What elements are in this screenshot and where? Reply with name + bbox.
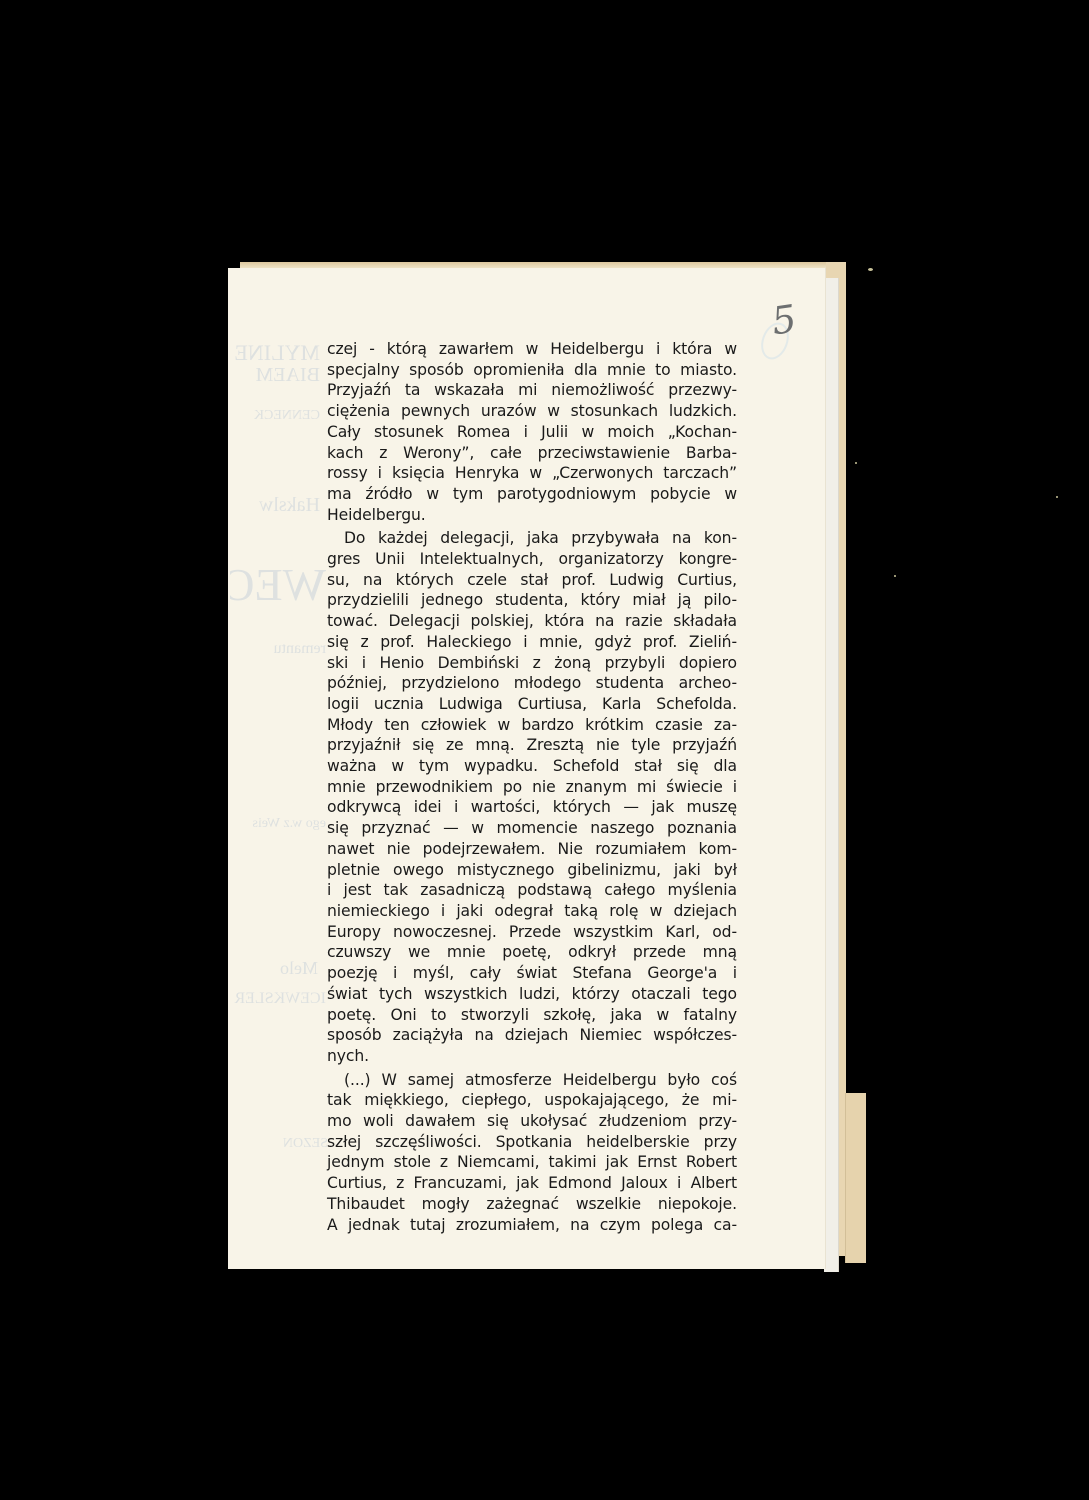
text-line: Cały stosunek Romea i Julii w moich „Koc…	[327, 422, 737, 443]
dust-speck	[894, 575, 896, 577]
text-line: Przyjaźń ta wskazała mi niemożliwość prz…	[327, 380, 737, 401]
show-through-text: ego w.z Weis	[230, 816, 326, 832]
show-through-text: Hakslw	[230, 494, 320, 517]
text-line: tak miękkiego, ciepłego, uspokajającego,…	[327, 1090, 737, 1111]
show-through-text: WEOW	[230, 558, 326, 611]
text-line: czej - którą zawarłem w Heidelbergu i kt…	[327, 339, 737, 360]
text-line: szłej szczęśliwości. Spotkania heidelber…	[327, 1132, 737, 1153]
dust-speck	[1056, 496, 1058, 498]
text-line: mnie przewodnikiem po nie znanym mi świe…	[327, 777, 737, 798]
show-through-text: MYLINE	[230, 340, 320, 366]
text-line: ciężenia pewnych urazów w stosunkach lud…	[327, 401, 737, 422]
text-line: Heidelbergu.	[327, 505, 737, 526]
text-line: się przyznać — w momencie naszego poznan…	[327, 818, 737, 839]
text-line: później, przydzielono młodego studenta a…	[327, 673, 737, 694]
paragraph-1: czej - którą zawarłem w Heidelbergu i kt…	[327, 339, 737, 525]
show-through-text: BIAEM	[230, 364, 320, 387]
text-line: ma źródło w tym parotygodniowym pobycie …	[327, 484, 737, 505]
text-line: Młody ten człowiek w bardzo krótkim czas…	[327, 715, 737, 736]
text-line: (...) W samej atmosferze Heidelbergu był…	[327, 1070, 737, 1091]
show-through-text: SEZON	[258, 1136, 328, 1152]
text-line: pletnie owego mistycznego gibelinizmu, j…	[327, 860, 737, 881]
text-line: nawet nie podejrzewałem. Nie rozumiałem …	[327, 839, 737, 860]
text-line: odkrywcą idei i wartości, których — jak …	[327, 797, 737, 818]
dust-speck	[855, 462, 857, 464]
show-through-text: remantu	[230, 640, 326, 658]
text-line: świat tych wszystkich ludzi, którzy otac…	[327, 984, 737, 1005]
text-line: nych.	[327, 1046, 737, 1067]
tan-paper-slip	[845, 1093, 866, 1263]
text-line: su, na których czele stał prof. Ludwig C…	[327, 570, 737, 591]
text-line: A jednak tutaj zrozumiałem, na czym pole…	[327, 1215, 737, 1236]
text-line: Curtius, z Francuzami, jak Edmond Jaloux…	[327, 1173, 737, 1194]
text-line: ski i Henio Dembiński z żoną przybyli do…	[327, 653, 737, 674]
text-line: mo woli dawałem się ukołysać złudzeniom …	[327, 1111, 737, 1132]
text-line: kach z Werony”, całe przeciwstawienie Ba…	[327, 443, 737, 464]
paragraph-2: Do każdej delegacji, jaka przybywała na …	[327, 528, 737, 1066]
text-line: jednym stole z Niemcami, takimi jak Erns…	[327, 1152, 737, 1173]
text-line: poezję i myśl, cały świat Stefana George…	[327, 963, 737, 984]
text-line: gres Unii Intelektualnych, organizatorzy…	[327, 549, 737, 570]
text-line: niemieckiego i jaki odegrał taką rolę w …	[327, 901, 737, 922]
dust-speck	[868, 268, 873, 271]
body-text: czej - którą zawarłem w Heidelbergu i kt…	[327, 339, 737, 1235]
text-line: czuwszy we mnie poetę, odkrył przede mną	[327, 942, 737, 963]
text-line: logii ucznia Ludwiga Curtiusa, Karla Sch…	[327, 694, 737, 715]
text-line: rossy i księcia Henryka w „Czerwonych ta…	[327, 463, 737, 484]
text-line: poetę. Oni to stworzyli szkołę, jaka w f…	[327, 1005, 737, 1026]
text-line: Europy nowoczesnej. Przede wszystkim Kar…	[327, 922, 737, 943]
underlying-white-sheet	[824, 278, 839, 1272]
text-line: sposób zaciążyła na dziejach Niemiec wsp…	[327, 1025, 737, 1046]
show-through-text: ICEWKSLER	[230, 990, 326, 1008]
show-through-text: CENNECK	[230, 408, 320, 424]
text-line: i jest tak zasadniczą podstawą całego my…	[327, 880, 737, 901]
text-line: tować. Delegacji polskiej, która na razi…	[327, 611, 737, 632]
paragraph-3: (...) W samej atmosferze Heidelbergu był…	[327, 1070, 737, 1236]
text-line: się z prof. Haleckiego i mnie, gdyż prof…	[327, 632, 737, 653]
text-line: Thibaudet mogły zażegnać wszelkie niepok…	[327, 1194, 737, 1215]
show-through-text: Melo	[258, 958, 318, 979]
text-line: przyjaźnił się ze mną. Zresztą nie tyle …	[327, 735, 737, 756]
text-line: przydzielili jednego studenta, który mia…	[327, 590, 737, 611]
text-line: specjalny sposób opromieniła dla mnie to…	[327, 360, 737, 381]
text-line: ważna w tym wypadku. Schefold stał się d…	[327, 756, 737, 777]
text-line: Do każdej delegacji, jaka przybywała na …	[327, 528, 737, 549]
